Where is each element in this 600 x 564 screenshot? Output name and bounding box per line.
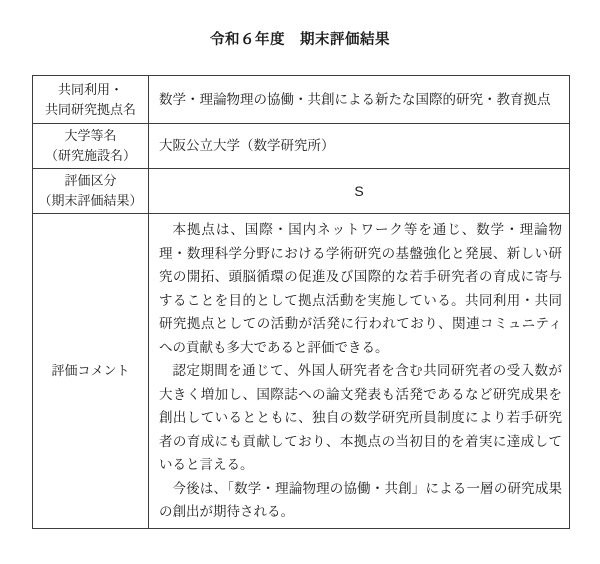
university-name-value: 大阪公立大学（数学研究所） [149, 124, 570, 169]
table-row-evaluation-comment: 評価コメント 本拠点は、国際・国内ネットワーク等を通じ、数学・理論物理・数理科学… [33, 214, 570, 529]
evaluation-category-header-line1: 評価区分 [35, 171, 146, 191]
university-header-line1: 大学等名 [35, 126, 146, 146]
evaluation-comment-cell: 本拠点は、国際・国内ネットワーク等を通じ、数学・理論物理・数理科学分野における学… [149, 214, 570, 529]
evaluation-category-header-line2: （期末評価結果） [35, 191, 146, 211]
table-row-evaluation-category: 評価区分 （期末評価結果） S [33, 169, 570, 214]
evaluation-comment-paragraph-1: 本拠点は、国際・国内ネットワーク等を通じ、数学・理論物理・数理科学分野における学… [159, 218, 562, 359]
evaluation-table: 共同利用・ 共同研究拠点名 数学・理論物理の協働・共創による新たな国際的研究・教… [32, 75, 570, 529]
joint-center-name-value: 数学・理論物理の協働・共創による新たな国際的研究・教育拠点 [149, 76, 570, 124]
evaluation-comment-paragraph-3: 今後は、「数学・理論物理の協働・共創」による一層の研究成果の創出が期待される。 [159, 477, 562, 524]
joint-center-header-line1: 共同利用・ [35, 80, 146, 100]
university-header: 大学等名 （研究施設名） [33, 124, 149, 169]
document-page: 令和６年度 期末評価結果 共同利用・ 共同研究拠点名 数学・理論物理の協働・共創… [0, 0, 600, 564]
evaluation-comment-header: 評価コメント [33, 214, 149, 529]
joint-center-header-line2: 共同研究拠点名 [35, 100, 146, 120]
evaluation-result-value: S [149, 169, 570, 214]
evaluation-category-header: 評価区分 （期末評価結果） [33, 169, 149, 214]
joint-center-header: 共同利用・ 共同研究拠点名 [33, 76, 149, 124]
evaluation-comment-paragraph-2: 認定期間を通じて、外国人研究者を含む共同研究者の受入数が大きく増加し、国際誌への… [159, 359, 562, 477]
university-header-line2: （研究施設名） [35, 146, 146, 166]
table-row-university: 大学等名 （研究施設名） 大阪公立大学（数学研究所） [33, 124, 570, 169]
page-title: 令和６年度 期末評価結果 [0, 28, 600, 49]
table-row-joint-center: 共同利用・ 共同研究拠点名 数学・理論物理の協働・共創による新たな国際的研究・教… [33, 76, 570, 124]
